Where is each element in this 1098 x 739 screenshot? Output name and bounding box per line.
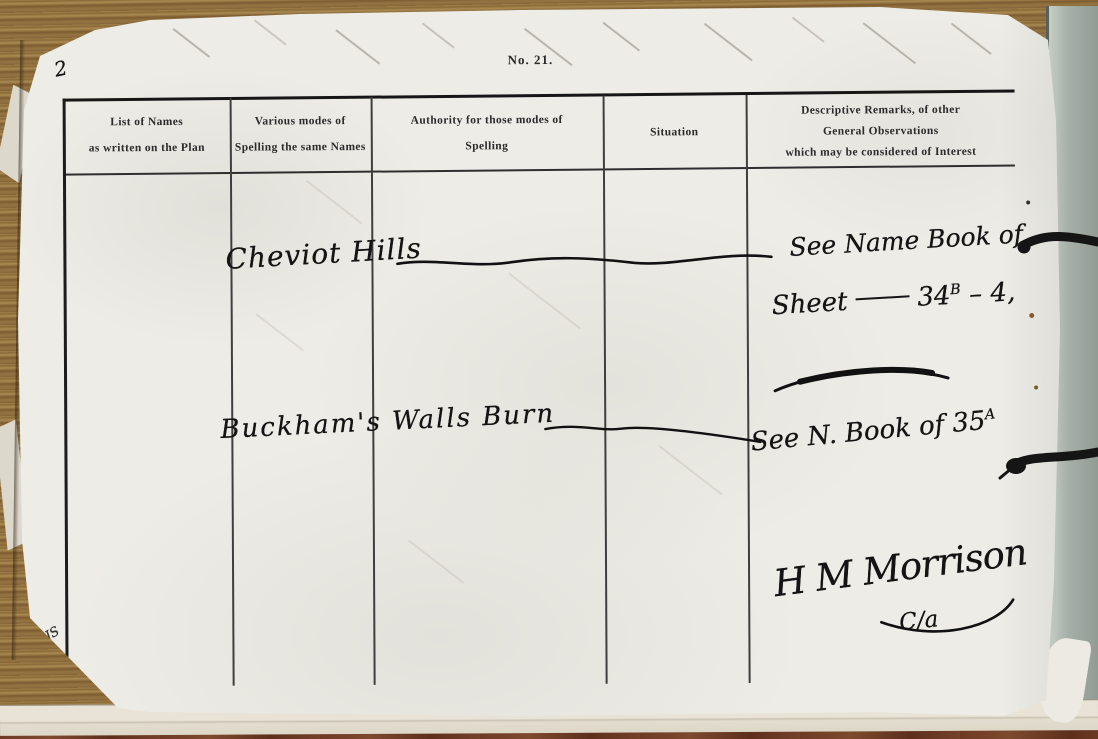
entry-name-buckhams-walls-burn: Buckham's Walls Burn — [220, 399, 556, 445]
pencil-scribble — [306, 180, 363, 224]
column-header-authority: Authority for those modes of Spelling — [371, 102, 603, 165]
header-line: which may be considered of Interest — [785, 141, 976, 163]
connector-line-entry1 — [397, 255, 771, 264]
header-line: Spelling — [465, 133, 508, 159]
connector-line-entry2 — [545, 426, 760, 443]
table-column-rule — [230, 98, 235, 686]
table-column-rule — [371, 97, 376, 685]
plate-number: No. 21. — [470, 52, 590, 69]
rust-speck — [1029, 313, 1034, 318]
surveyor-signature: H M Morrison — [771, 530, 1029, 605]
table-column-rule — [603, 96, 608, 684]
remark-superscript: A — [984, 406, 996, 423]
table-header-rule — [63, 164, 1015, 175]
pencil-scribble — [863, 22, 916, 64]
header-line: General Observations — [823, 120, 939, 142]
pencil-scribble — [951, 23, 992, 55]
remark-tail: – 4, — [968, 277, 1016, 310]
signature-title: C/a — [898, 606, 939, 635]
column-header-names: List of Names as written on the Plan — [65, 104, 229, 167]
header-line: Authority for those modes of — [411, 107, 563, 134]
column-header-remarks: Descriptive Remarks, of other General Ob… — [746, 98, 1016, 165]
header-line: Situation — [650, 119, 698, 145]
scanned-name-book-page: No. 21. 2 List of Names as written on th… — [0, 0, 1098, 739]
remark-word: Sheet — [771, 287, 848, 321]
column-header-situation: Situation — [603, 101, 746, 164]
rust-speck — [1034, 385, 1038, 389]
pencil-scribble — [422, 23, 455, 49]
table-column-rule — [746, 95, 751, 683]
header-line: as written on the Plan — [89, 135, 205, 162]
entry-remark-line1: See Name Book of — [789, 219, 1024, 261]
pencil-scribble — [172, 28, 210, 58]
header-line: Various modes of — [255, 108, 346, 134]
flourish-swash-thick — [800, 370, 932, 382]
remark-text: See N. Book of 35 — [749, 406, 986, 458]
table-left-rule — [63, 99, 69, 687]
remark-number: 34 — [917, 281, 952, 313]
remark-superscript: B — [950, 282, 961, 299]
pencil-scribble — [658, 445, 723, 496]
pencil-scribble — [792, 17, 825, 43]
ink-speck — [1026, 200, 1030, 204]
pencil-scribble — [508, 273, 580, 330]
entry-remark-line2: Sheet34B – 4, — [771, 277, 1016, 321]
pencil-scribble — [254, 19, 287, 45]
handwritten-dash — [855, 295, 909, 300]
flourish-swash — [775, 370, 948, 391]
pencil-scribble — [335, 29, 380, 64]
entry-name-cheviot-hills: Cheviot Hills — [225, 232, 423, 276]
entry-remark: See N. Book of 35A — [749, 405, 997, 458]
pencil-scribble — [602, 22, 640, 52]
header-line: Spelling the same Names — [235, 134, 366, 161]
header-line: List of Names — [110, 109, 183, 135]
page-content: No. 21. 2 List of Names as written on th… — [0, 0, 1098, 739]
folio-number: 2 — [52, 55, 70, 81]
pencil-scribble — [255, 313, 304, 351]
header-line: Descriptive Remarks, of other — [801, 99, 960, 121]
paper-sheet: No. 21. 2 List of Names as written on th… — [0, 0, 1098, 739]
pencil-scribble — [408, 539, 465, 583]
pencil-scribble — [704, 23, 753, 61]
column-header-spelling-modes: Various modes of Spelling the same Names — [230, 103, 371, 166]
